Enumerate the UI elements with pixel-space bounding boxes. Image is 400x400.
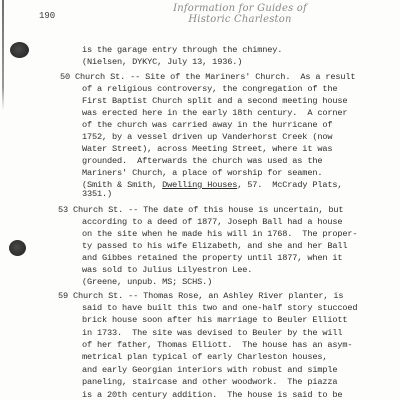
citation-title-underlined: Dwelling Houses — [162, 180, 237, 190]
citation-line-2: 3351.) — [82, 188, 112, 200]
left-margin-rule — [2, 0, 4, 110]
page-number: 190 — [39, 11, 55, 21]
text-line: was erected here in the early 18th centu… — [82, 107, 347, 119]
text-line: and Gibbes retained the property until 1… — [82, 252, 342, 264]
text-line: Water Street), across Meeting Street, wh… — [82, 143, 332, 155]
hole-punch-middle — [9, 240, 26, 256]
text-line: grounded. Afterwards the church was used… — [82, 155, 322, 167]
text-line: said to have built this two and one-half… — [82, 302, 357, 314]
handwritten-line-2: Historic Charleston — [165, 14, 315, 25]
text-line: of the church was carried away in the hu… — [82, 119, 332, 131]
text-line: is the garage entry through the chimney. — [82, 44, 282, 56]
text-line: in 1733. The site was devised to Beuler … — [82, 327, 342, 339]
text-line: metrical plan typical of early Charlesto… — [82, 351, 327, 363]
text-line: according to a deed of 1877, Joseph Ball… — [82, 216, 342, 228]
text-line: is a 20th century addition. The house is… — [82, 389, 342, 400]
citation-line: (Greene, unpub. MS; SCHS.) — [82, 276, 212, 288]
text-line: and early Georgian interiors with robust… — [82, 364, 337, 376]
citation-line: (Smith & Smith, Dwelling Houses, 57. McC… — [82, 179, 342, 191]
citation-line: (Nielsen, DYKYC, July 13, 1936.) — [82, 56, 242, 68]
entry-heading-59-church-st: 59 Church St. -- Thomas Rose, an Ashley … — [58, 290, 343, 302]
hole-punch-top — [10, 42, 29, 58]
handwritten-annotation: Information for Guides of Historic Charl… — [165, 3, 315, 25]
text-line: was sold to Julius Lilyestron Lee. — [82, 264, 252, 276]
text-line: 1752, by a vessel driven up Vanderhorst … — [82, 131, 332, 143]
text-line: First Baptist Church split and a second … — [82, 95, 347, 107]
text-line: ty passed to his wife Elizabeth, and she… — [82, 240, 347, 252]
text-line: of her father, Thomas Elliott. The house… — [82, 339, 352, 351]
text-line: on the site when he made his will in 176… — [82, 228, 357, 240]
citation-post: , 57. McCrady Plats, — [237, 180, 342, 190]
text-line: of a religious controversy, the congrega… — [82, 83, 337, 95]
text-line: paneling, staircase and other woodwork. … — [82, 376, 337, 388]
text-line: brick house soon after his marriage to B… — [82, 314, 347, 326]
handwritten-line-1: Information for Guides of — [165, 3, 315, 14]
document-page: 190 Information for Guides of Historic C… — [0, 0, 400, 400]
entry-heading-50-church-st: 50 Church St. -- Site of the Mariners' C… — [60, 71, 355, 83]
text-line: Mariners' Church, a place of worship for… — [82, 167, 322, 179]
entry-heading-53-church-st: 53 Church St. -- The date of this house … — [58, 204, 343, 216]
